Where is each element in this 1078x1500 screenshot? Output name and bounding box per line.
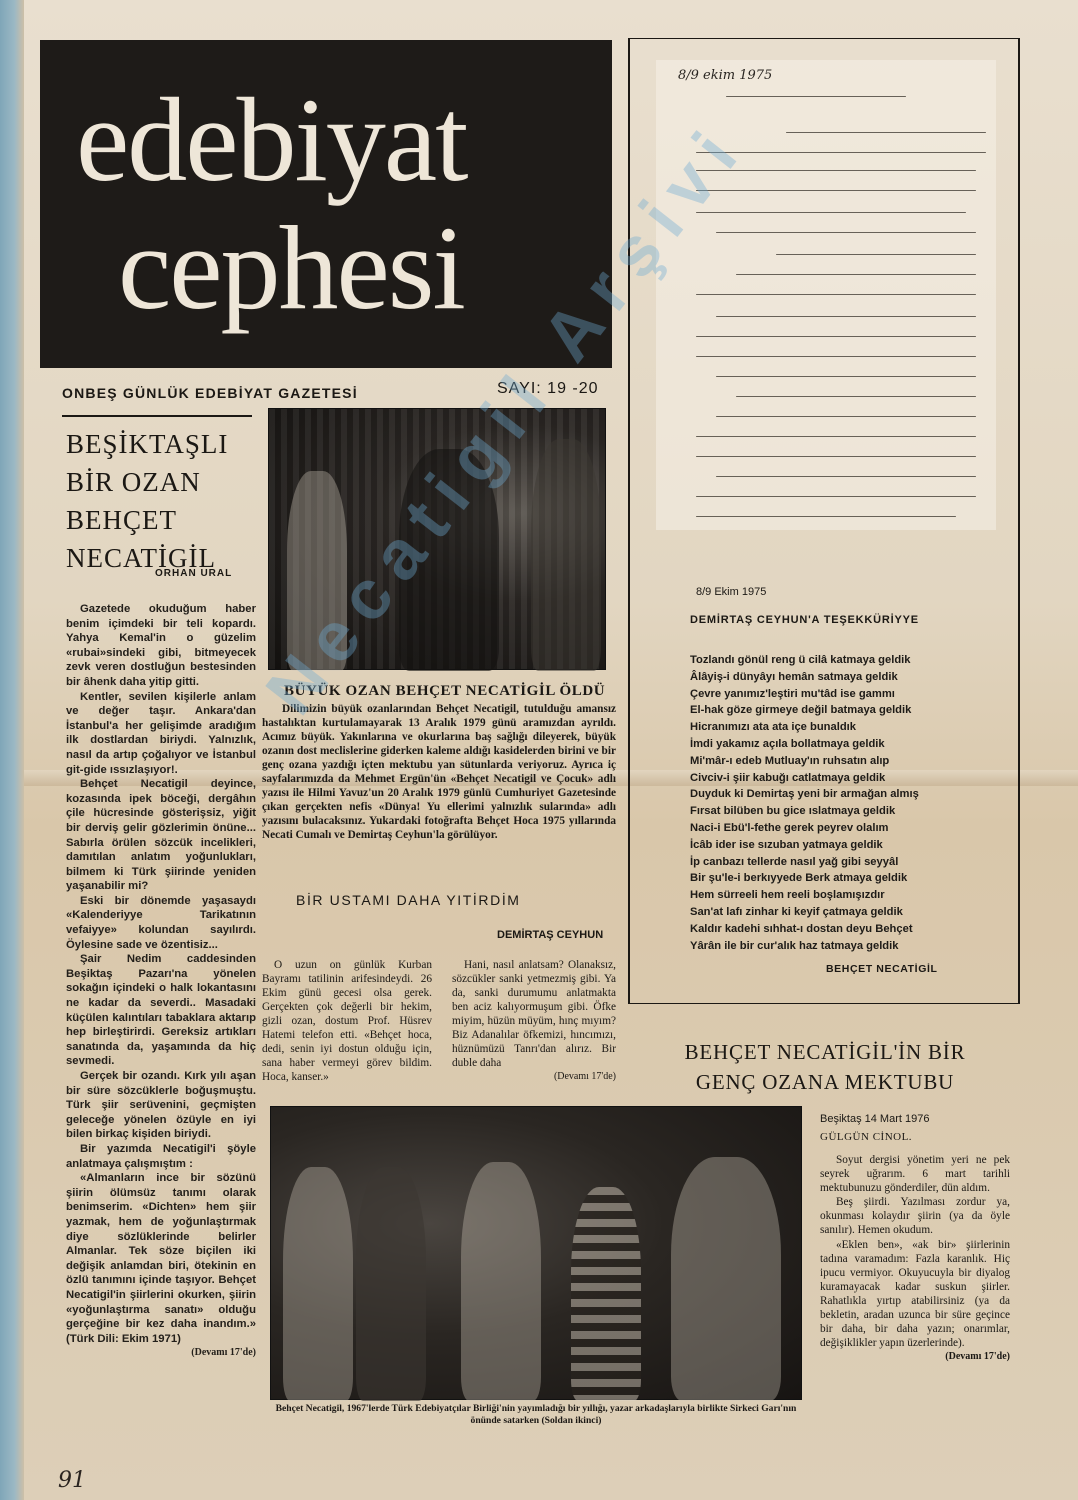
person-figure — [461, 1162, 541, 1401]
manuscript-date: 8/9 ekim 1975 — [678, 68, 772, 83]
paragraph: Gerçek bir ozandı. Kırk yılı aşan bir sü… — [66, 1069, 256, 1142]
bottom-photo — [270, 1106, 802, 1400]
paragraph: Soyut dergisi yönetim yeri ne pek seyrek… — [820, 1153, 1010, 1195]
letter-title: BEHÇET NECATİGİL'İN BİR GENÇ OZANA MEKTU… — [640, 1037, 1010, 1097]
continued-note: (Devamı 17'de) — [820, 1350, 1010, 1364]
title-line: GENÇ OZANA MEKTUBU — [640, 1067, 1010, 1097]
poem-line: Fırsat bilüben bu gice ıslatmaya geldik — [690, 803, 1010, 820]
paragraph: «Almanların ince bir sözünü şiirin ölüms… — [66, 1171, 256, 1346]
obituary-body: Dilimizin büyük ozanlarından Behçet Neca… — [262, 702, 616, 842]
person-figure — [571, 1187, 641, 1401]
person-figure — [531, 439, 601, 671]
masthead: edebiyat cephesi — [40, 40, 612, 368]
top-photo — [268, 408, 606, 670]
poem-line: İmdi yakamız açıla bollatmaya geldik — [690, 736, 1010, 753]
paragraph: «Eklen ben», «ak bir» şiirlerinin tadına… — [820, 1238, 1010, 1351]
left-article-author: ORHAN URAL — [155, 568, 232, 579]
person-figure — [399, 449, 499, 671]
masthead-title-line2: cephesi — [118, 208, 464, 328]
paragraph: Gazetede okuduğum haber benim içimdeki b… — [66, 602, 256, 690]
poem-line: El-hak göze girmeye değil batmaya geldik — [690, 702, 1010, 719]
handwritten-manuscript: 8/9 ekim 1975 — [656, 60, 996, 530]
poem-line: Çevre yanımız'leştiri mu'tâd ise gammı — [690, 686, 1010, 703]
poem-title: DEMİRTAŞ CEYHUN'A TEŞEKKÜRİYYE — [690, 614, 919, 626]
ustam-article-col2: Hani, nasıl anlatsam? Olanaksız, sözcükl… — [452, 958, 616, 1084]
ustam-article-title: BİR USTAMI DAHA YITİRDİM — [296, 892, 521, 908]
title-line: BEŞİKTAŞLI — [66, 425, 256, 463]
title-line: BİR OZAN — [66, 463, 256, 501]
continued-note: (Devamı 17'de) — [452, 1070, 616, 1084]
poem-line: Yârân ile bir cur'alık haz tatmaya geldi… — [690, 938, 1010, 955]
person-figure — [283, 1167, 353, 1401]
poem-line: Civciv-i şiir kabuğı catlatmaya geldik — [690, 770, 1010, 787]
left-article-title: BEŞİKTAŞLI BİR OZAN BEHÇET NECATİGİL — [66, 425, 256, 577]
poem-line: İp canbazı tellerde nasıl yağ gibi seyyâ… — [690, 854, 1010, 871]
poem-date: 8/9 Ekim 1975 — [696, 586, 766, 598]
newspaper-subtitle: ONBEŞ GÜNLÜK EDEBİYAT GAZETESİ — [62, 385, 358, 401]
paragraph: O uzun on günlük Kurban Bayramı tatilini… — [262, 958, 432, 1084]
poem-text: Tozlandı gönül reng ü cilâ katmaya geldi… — [690, 652, 1010, 954]
paragraph: Dilimizin büyük ozanlarından Behçet Neca… — [262, 702, 616, 842]
masthead-title-line1: edebiyat — [76, 80, 466, 200]
poem-line: Hicranımızı ata ata içe bunaldık — [690, 719, 1010, 736]
poem-line: Bir şu'le-i berkıyyede Berk atmaya geldi… — [690, 870, 1010, 887]
bottom-photo-caption: Behçet Necatigil, 1967'lerde Türk Edebiy… — [268, 1403, 804, 1427]
left-article-body: Gazetede okuduğum haber benim içimdeki b… — [66, 602, 256, 1361]
poem-line: İcâb ider ise sızuban yatmaya geldik — [690, 837, 1010, 854]
letter-date: Beşiktaş 14 Mart 1976 — [820, 1113, 929, 1125]
title-line: BEHÇET NECATİGİL'İN BİR — [640, 1037, 1010, 1067]
poem-line: Tozlandı gönül reng ü cilâ katmaya geldi… — [690, 652, 1010, 669]
person-figure — [287, 471, 347, 671]
person-figure — [356, 1167, 426, 1401]
issue-number: SAYI: 19 -20 — [497, 380, 599, 398]
page-edge — [0, 0, 24, 1500]
poem-line: Kaldır kadehi sıhhat-ı dostan deyu Behçe… — [690, 921, 1010, 938]
title-line: BEHÇET — [66, 501, 256, 539]
poem-line: Naci-i Ebü'l-fethe gerek peyrev olalım — [690, 820, 1010, 837]
poem-line: Hem sürreeli hem reeli boşlamışızdır — [690, 887, 1010, 904]
ustam-article-col1: O uzun on günlük Kurban Bayramı tatilini… — [262, 958, 432, 1084]
paragraph: Behçet Necatigil deyince, kozasında ipek… — [66, 777, 256, 894]
poem-line: San'at lafı zinhar ki keyif çatmaya geld… — [690, 904, 1010, 921]
letter-author: GÜLGÜN CİNOL. — [820, 1131, 912, 1143]
poem-line: Âlâyiş-i dünyâyı hemân satmaya geldik — [690, 669, 1010, 686]
poem-signature: BEHÇET NECATİGİL — [826, 963, 938, 975]
obituary-headline: BÜYÜK OZAN BEHÇET NECATİGİL ÖLDÜ — [284, 683, 605, 700]
letter-body: Soyut dergisi yönetim yeri ne pek seyrek… — [820, 1153, 1010, 1364]
paragraph: Şair Nedim caddesinden Beşiktaş Pazarı'n… — [66, 952, 256, 1069]
poem-line: Duyduk ki Demirtaş yeni bir armağan almı… — [690, 786, 1010, 803]
paragraph: Beş şiirdi. Yazılması zordur ya, okunmas… — [820, 1195, 1010, 1237]
paragraph: Hani, nasıl anlatsam? Olanaksız, sözcükl… — [452, 958, 616, 1070]
continued-note: (Devamı 17'de) — [66, 1346, 256, 1361]
person-figure — [671, 1157, 781, 1401]
poem-line: Mi'mâr-ı edeb Mutluay'ın ruhsatın alıp — [690, 753, 1010, 770]
ustam-article-author: DEMİRTAŞ CEYHUN — [497, 929, 603, 941]
paragraph: Bir yazımda Necatigil'i şöyle anlatmaya … — [66, 1142, 256, 1171]
handwritten-page-number: 91 — [58, 1468, 86, 1493]
paragraph: Kentler, sevilen kişilerle anlam ve değe… — [66, 690, 256, 778]
paragraph: Eski bir dönemde yaşasaydı «Kalenderiyye… — [66, 894, 256, 952]
divider — [62, 415, 252, 417]
